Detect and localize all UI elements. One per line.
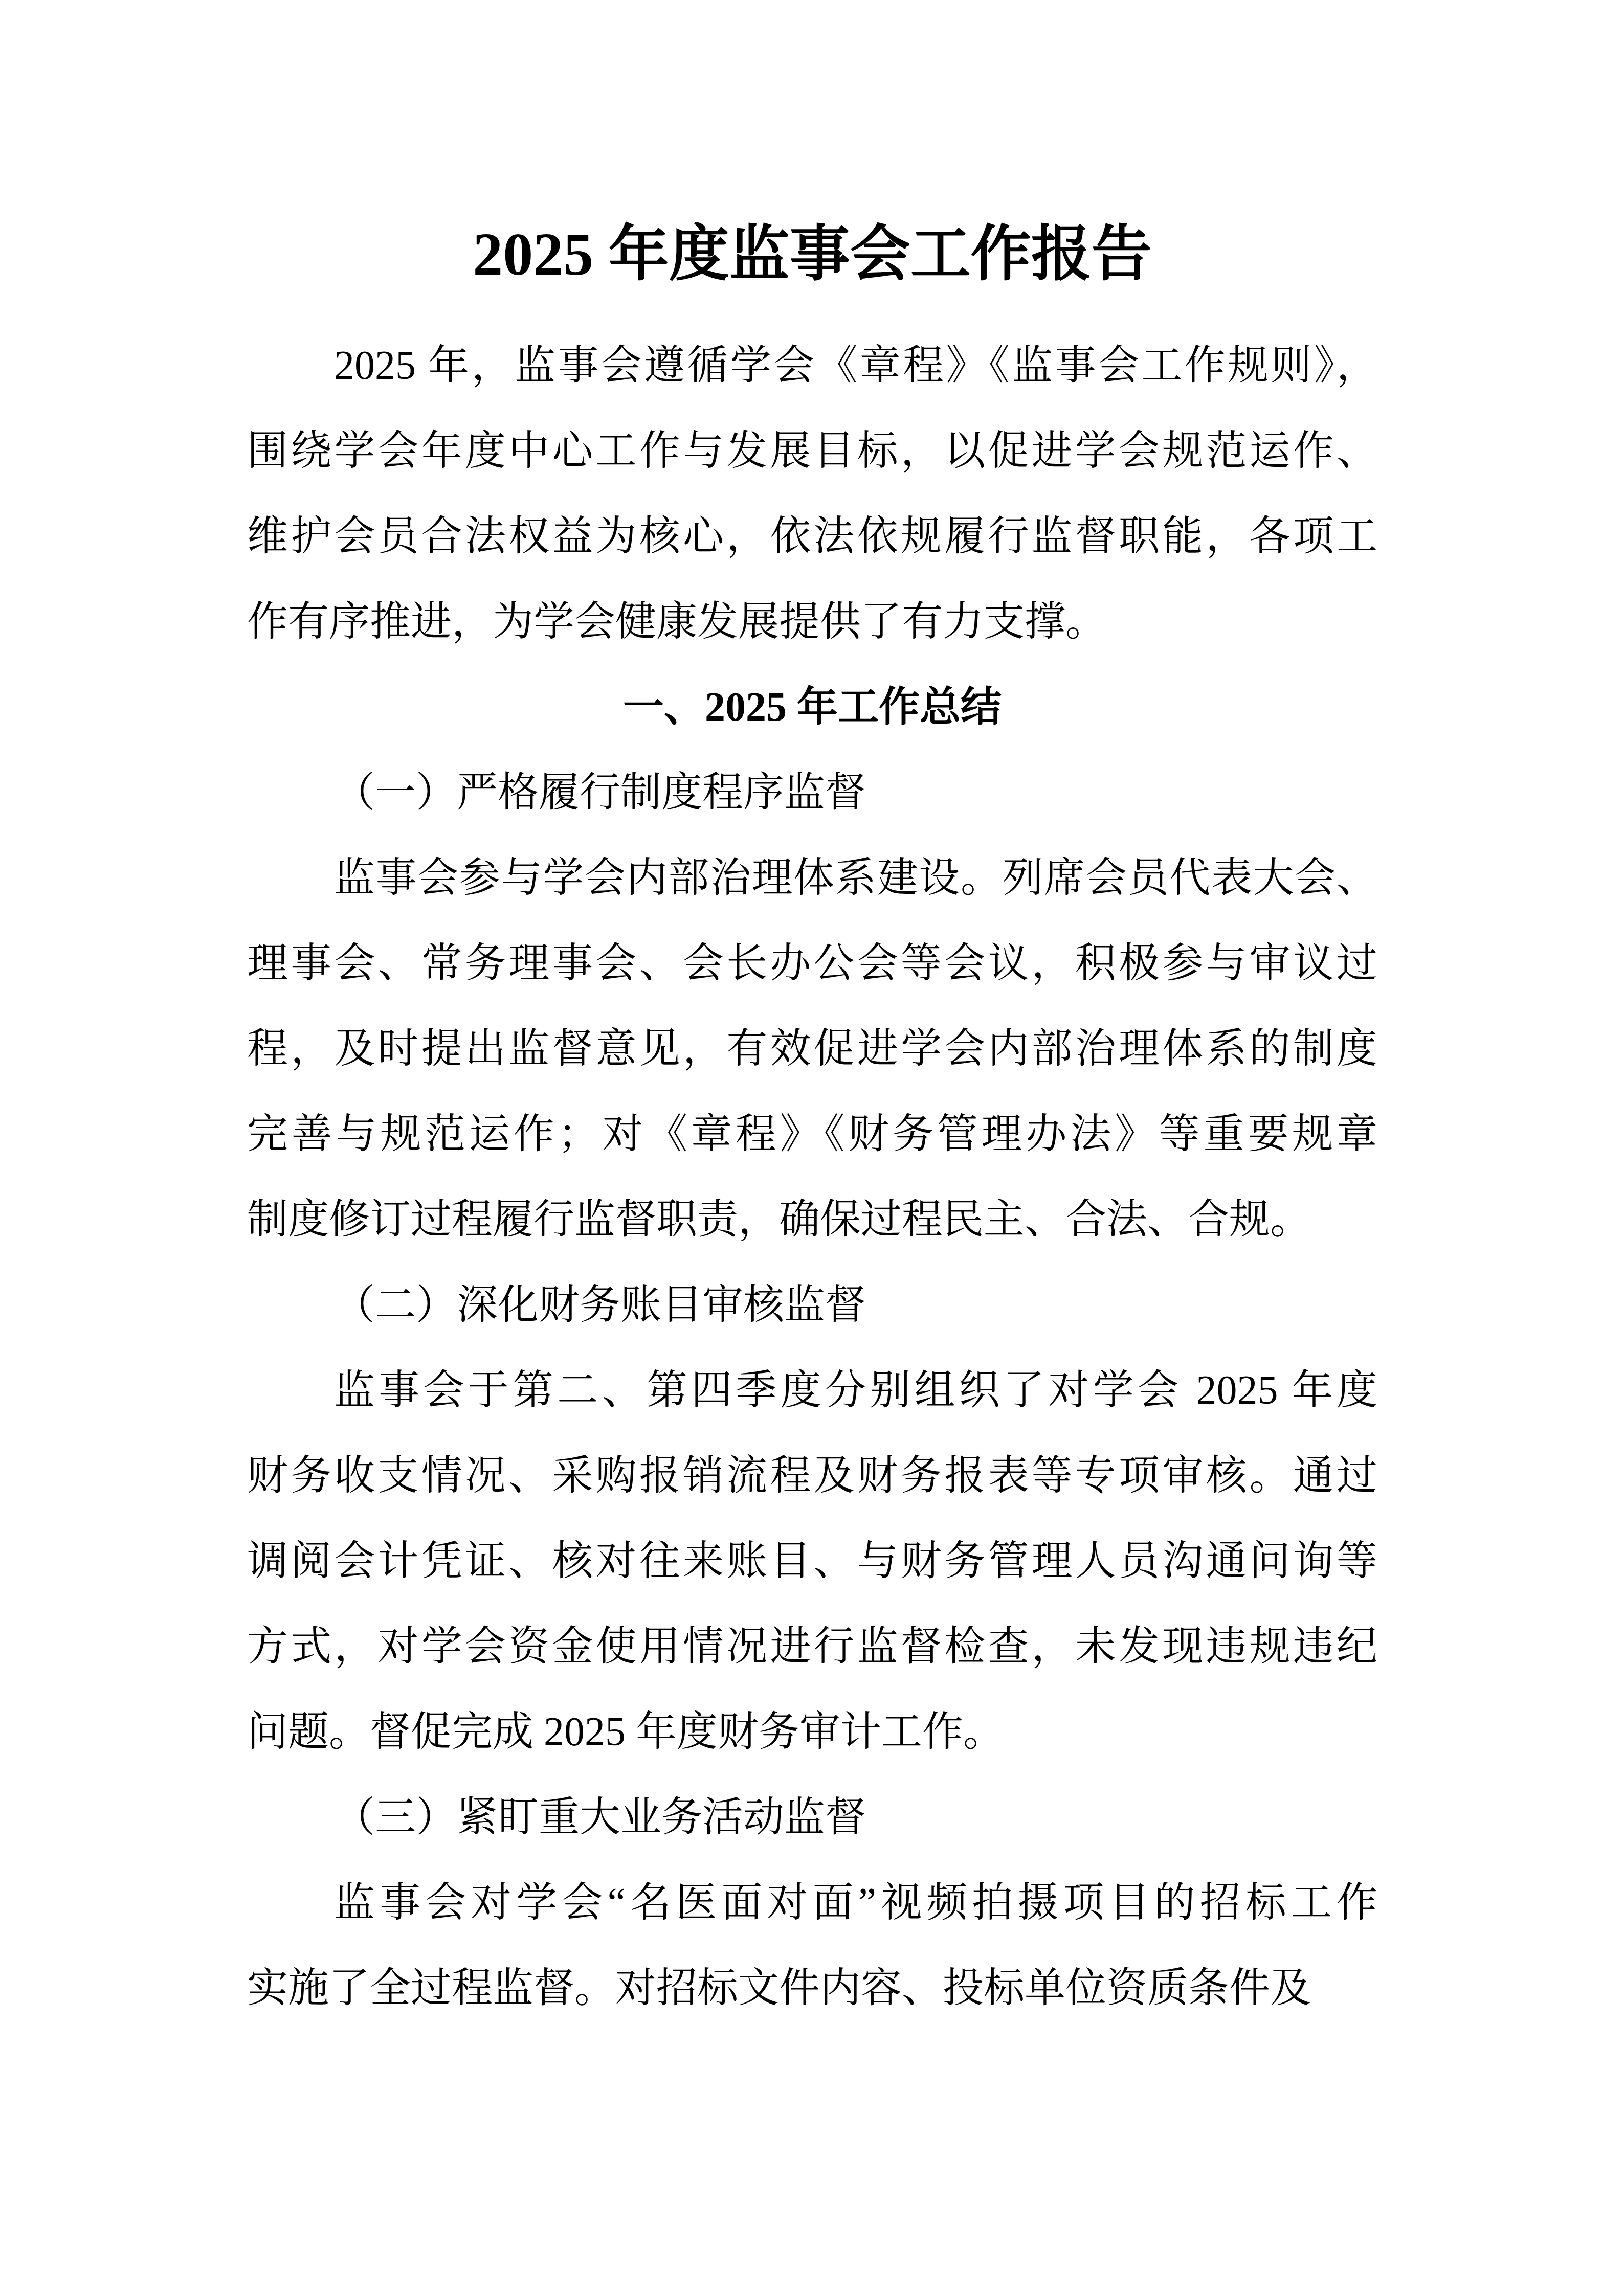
document-title: 2025 年度监事会工作报告 [247,209,1377,301]
paragraph-line: 监事会参与学会内部治理体系建设。列席会员代表大会、 [247,836,1377,921]
paragraph-line: 2025 年，监事会遵循学会《章程》《监事会工作规则》， [247,323,1377,409]
subsection-heading: （一）严格履行制度程序监督 [247,750,1377,836]
paragraph-line: 作有序推进，为学会健康发展提供了有力支撑。 [247,579,1377,665]
subsection-heading: （三）紧盯重大业务活动监督 [247,1775,1377,1860]
document-body: 2025 年，监事会遵循学会《章程》《监事会工作规则》，围绕学会年度中心工作与发… [247,323,1377,2031]
paragraph-line: 财务收支情况、采购报销流程及财务报表等专项审核。通过 [247,1433,1377,1519]
paragraph-line: 调阅会计凭证、核对往来账目、与财务管理人员沟通问询等 [247,1519,1377,1604]
paragraph-line: 问题。督促完成 2025 年度财务审计工作。 [247,1690,1377,1775]
paragraph-line: 程，及时提出监督意见，有效促进学会内部治理体系的制度 [247,1006,1377,1092]
paragraph-line: 方式，对学会资金使用情况进行监督检查，未发现违规违纪 [247,1604,1377,1690]
paragraph-line: 维护会员合法权益为核心，依法依规履行监督职能，各项工 [247,494,1377,579]
paragraph-line: 实施了全过程监督。对招标文件内容、投标单位资质条件及 [247,1946,1377,2031]
paragraph-line: 理事会、常务理事会、会长办公会等会议，积极参与审议过 [247,921,1377,1006]
paragraph-line: 监事会于第二、第四季度分别组织了对学会 2025 年度 [247,1348,1377,1433]
section-heading: 一、2025 年工作总结 [247,665,1377,750]
document-page: 2025 年度监事会工作报告 2025 年，监事会遵循学会《章程》《监事会工作规… [0,0,1624,2296]
paragraph-line: 制度修订过程履行监督职责，确保过程民主、合法、合规。 [247,1177,1377,1263]
subsection-heading: （二）深化财务账目审核监督 [247,1263,1377,1348]
document-content: 2025 年度监事会工作报告 2025 年，监事会遵循学会《章程》《监事会工作规… [247,0,1377,2031]
paragraph-line: 围绕学会年度中心工作与发展目标，以促进学会规范运作、 [247,409,1377,494]
paragraph-line: 完善与规范运作；对《章程》《财务管理办法》等重要规章 [247,1092,1377,1177]
paragraph-line: 监事会对学会“名医面对面”视频拍摄项目的招标工作 [247,1860,1377,1946]
